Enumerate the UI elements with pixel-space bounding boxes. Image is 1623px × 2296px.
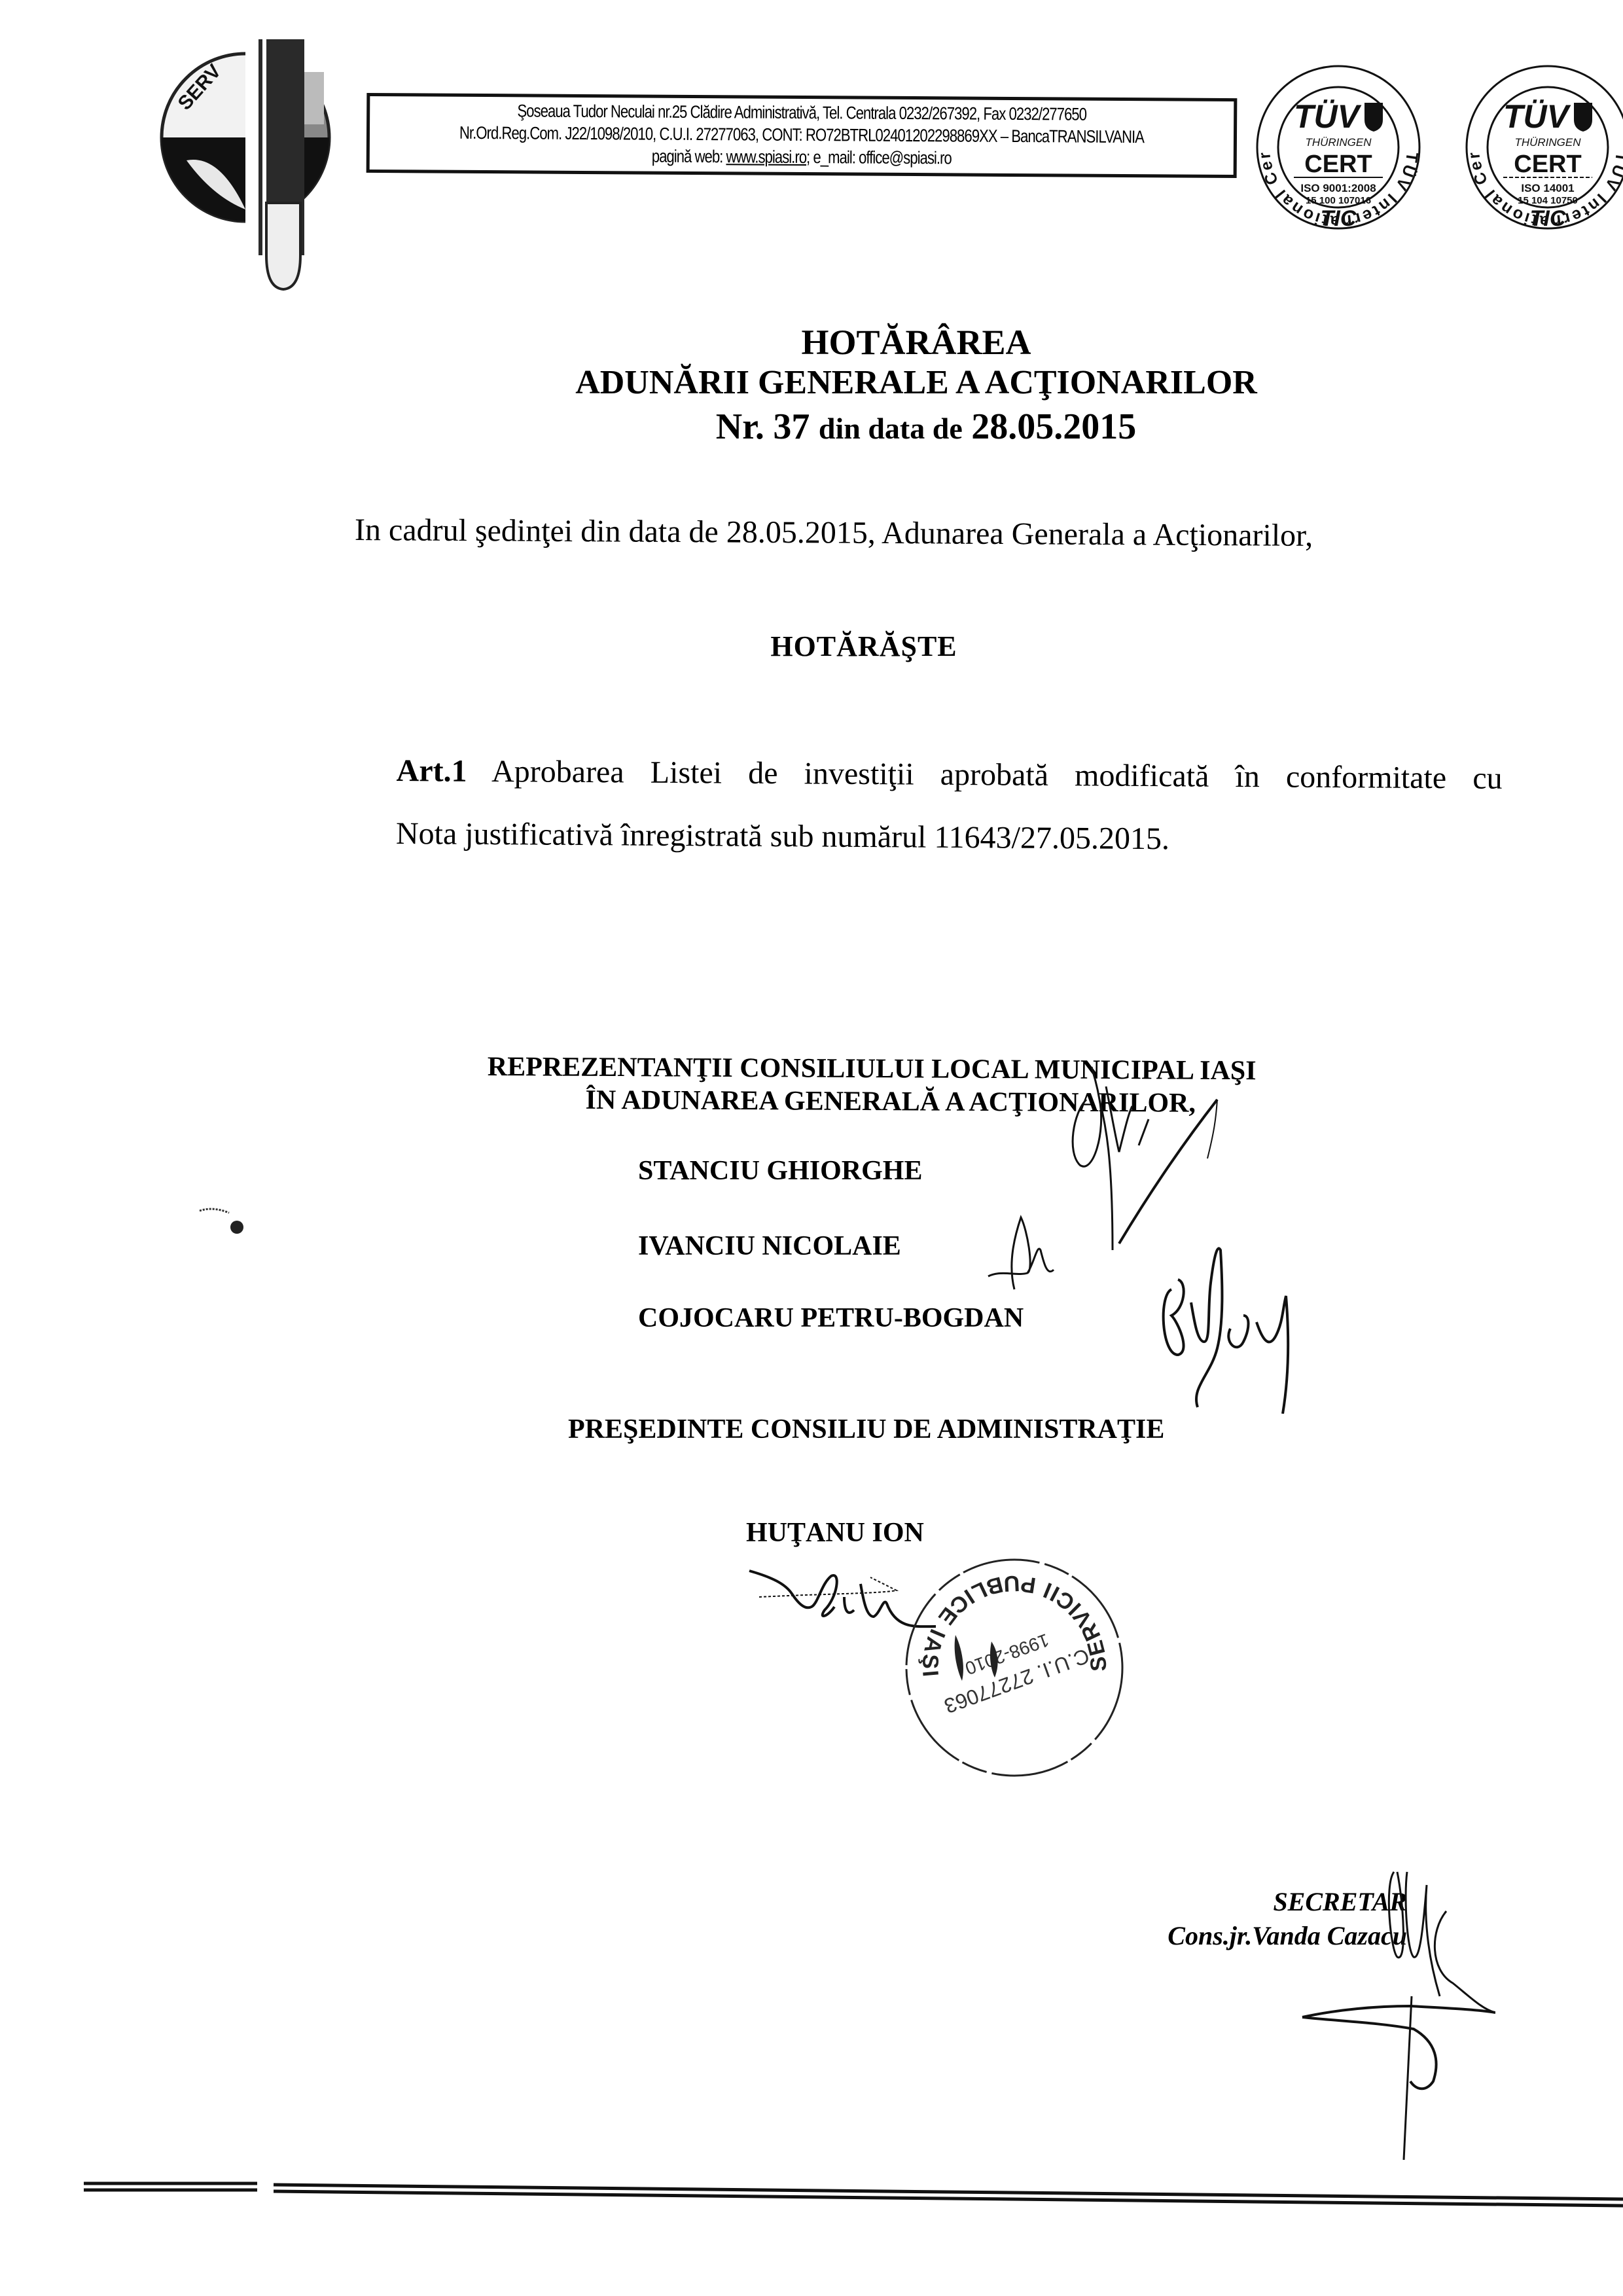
email-label: ; e_mail: xyxy=(806,147,855,167)
tuv-certification-badge-iso14001: TÜV International Certification TÜV THÜR… xyxy=(1463,62,1623,232)
number-label: Nr. xyxy=(716,406,764,447)
article-line-1: Art.1 Aprobarea Listei de investiţii apr… xyxy=(396,740,1503,810)
tuv-logo-icon: TÜV xyxy=(1294,98,1362,135)
company-round-stamp: SERVICII PUBLICE IAŞI C.U.I. 27277063 19… xyxy=(897,1550,1132,1785)
article-1: Art.1 Aprobarea Listei de investiţii apr… xyxy=(396,740,1503,873)
address-line: Şoseaua Tudor Neculai nr.25 Clădire Admi… xyxy=(448,101,1156,126)
representative-name: STANCIU GHIORGHE xyxy=(638,1155,922,1187)
shield-icon xyxy=(1364,103,1383,132)
intro-paragraph: In cadrul şedinţei din data de 28.05.201… xyxy=(355,512,1313,554)
decides-heading: HOTĂRĂŞTE xyxy=(52,630,1623,663)
svg-text:THÜRINGEN: THÜRINGEN xyxy=(1514,136,1581,149)
representative-name: IVANCIU NICOLAIE xyxy=(638,1230,901,1262)
svg-text:ISO 14001: ISO 14001 xyxy=(1521,182,1574,194)
representative-name: COJOCARU PETRU-BOGDAN xyxy=(638,1302,1024,1334)
president-name: HUŢANU ION xyxy=(746,1517,924,1549)
letterhead-address-box: Şoseaua Tudor Neculai nr.25 Clădire Admi… xyxy=(366,93,1238,178)
svg-text:THÜRINGEN: THÜRINGEN xyxy=(1305,136,1372,149)
article-text-2: Nota justificativă înregistrată sub numă… xyxy=(396,802,1503,873)
decision-number: 37 xyxy=(773,406,810,447)
svg-text:15 100 107016: 15 100 107016 xyxy=(1306,195,1371,206)
svg-text:15 104 10750: 15 104 10750 xyxy=(1518,195,1578,206)
svg-text:CERT: CERT xyxy=(1304,151,1372,178)
registration-line: Nr.Ord.Reg.Com. J22/1098/2010, C.U.I. 27… xyxy=(448,123,1156,148)
svg-text:ISO 9001:2008: ISO 9001:2008 xyxy=(1300,182,1376,194)
shield-icon xyxy=(1574,103,1592,132)
signature-cojocaru-icon xyxy=(1152,1244,1322,1414)
document-subtitle: ADUNĂRII GENERALE A ACŢIONARILOR xyxy=(105,363,1623,402)
document-title: HOTĂRÂREA xyxy=(105,322,1623,363)
tuv-certification-badge-iso9001: TÜV International Certification TÜV THÜR… xyxy=(1253,62,1423,232)
decision-date: 28.05.2015 xyxy=(971,406,1136,447)
article-text-1: Aprobarea Listei de investiţii aprobată … xyxy=(491,754,1503,796)
contact-line: pagină web: www.spiasi.ro; e_mail: offic… xyxy=(448,145,1156,170)
signature-ivanciu-icon xyxy=(982,1198,1099,1302)
company-seal-logo-icon: SERV xyxy=(147,46,344,242)
document-number-date: Nr. 37 din data de 28.05.2015 xyxy=(115,406,1623,448)
signature-cazacu-icon xyxy=(1299,1846,1495,2160)
footer-double-rule xyxy=(84,2179,1623,2215)
scan-speck-icon xyxy=(196,1208,249,1240)
president-title: PREŞEDINTE CONSILIU DE ADMINISTRAŢIE xyxy=(568,1414,1164,1445)
date-label: din data de xyxy=(819,412,963,445)
test-tube-icon xyxy=(257,39,308,298)
email-link[interactable]: office@spiasi.ro xyxy=(859,148,952,168)
article-label: Art.1 xyxy=(396,753,467,789)
web-label: pagină web: xyxy=(652,147,723,167)
svg-text:TIC: TIC xyxy=(1530,206,1566,231)
svg-text:TIC: TIC xyxy=(1321,206,1357,231)
website-link[interactable]: www.spiasi.ro xyxy=(726,147,806,167)
tuv-logo-icon: TÜV xyxy=(1503,98,1571,135)
svg-text:CERT: CERT xyxy=(1514,151,1581,178)
